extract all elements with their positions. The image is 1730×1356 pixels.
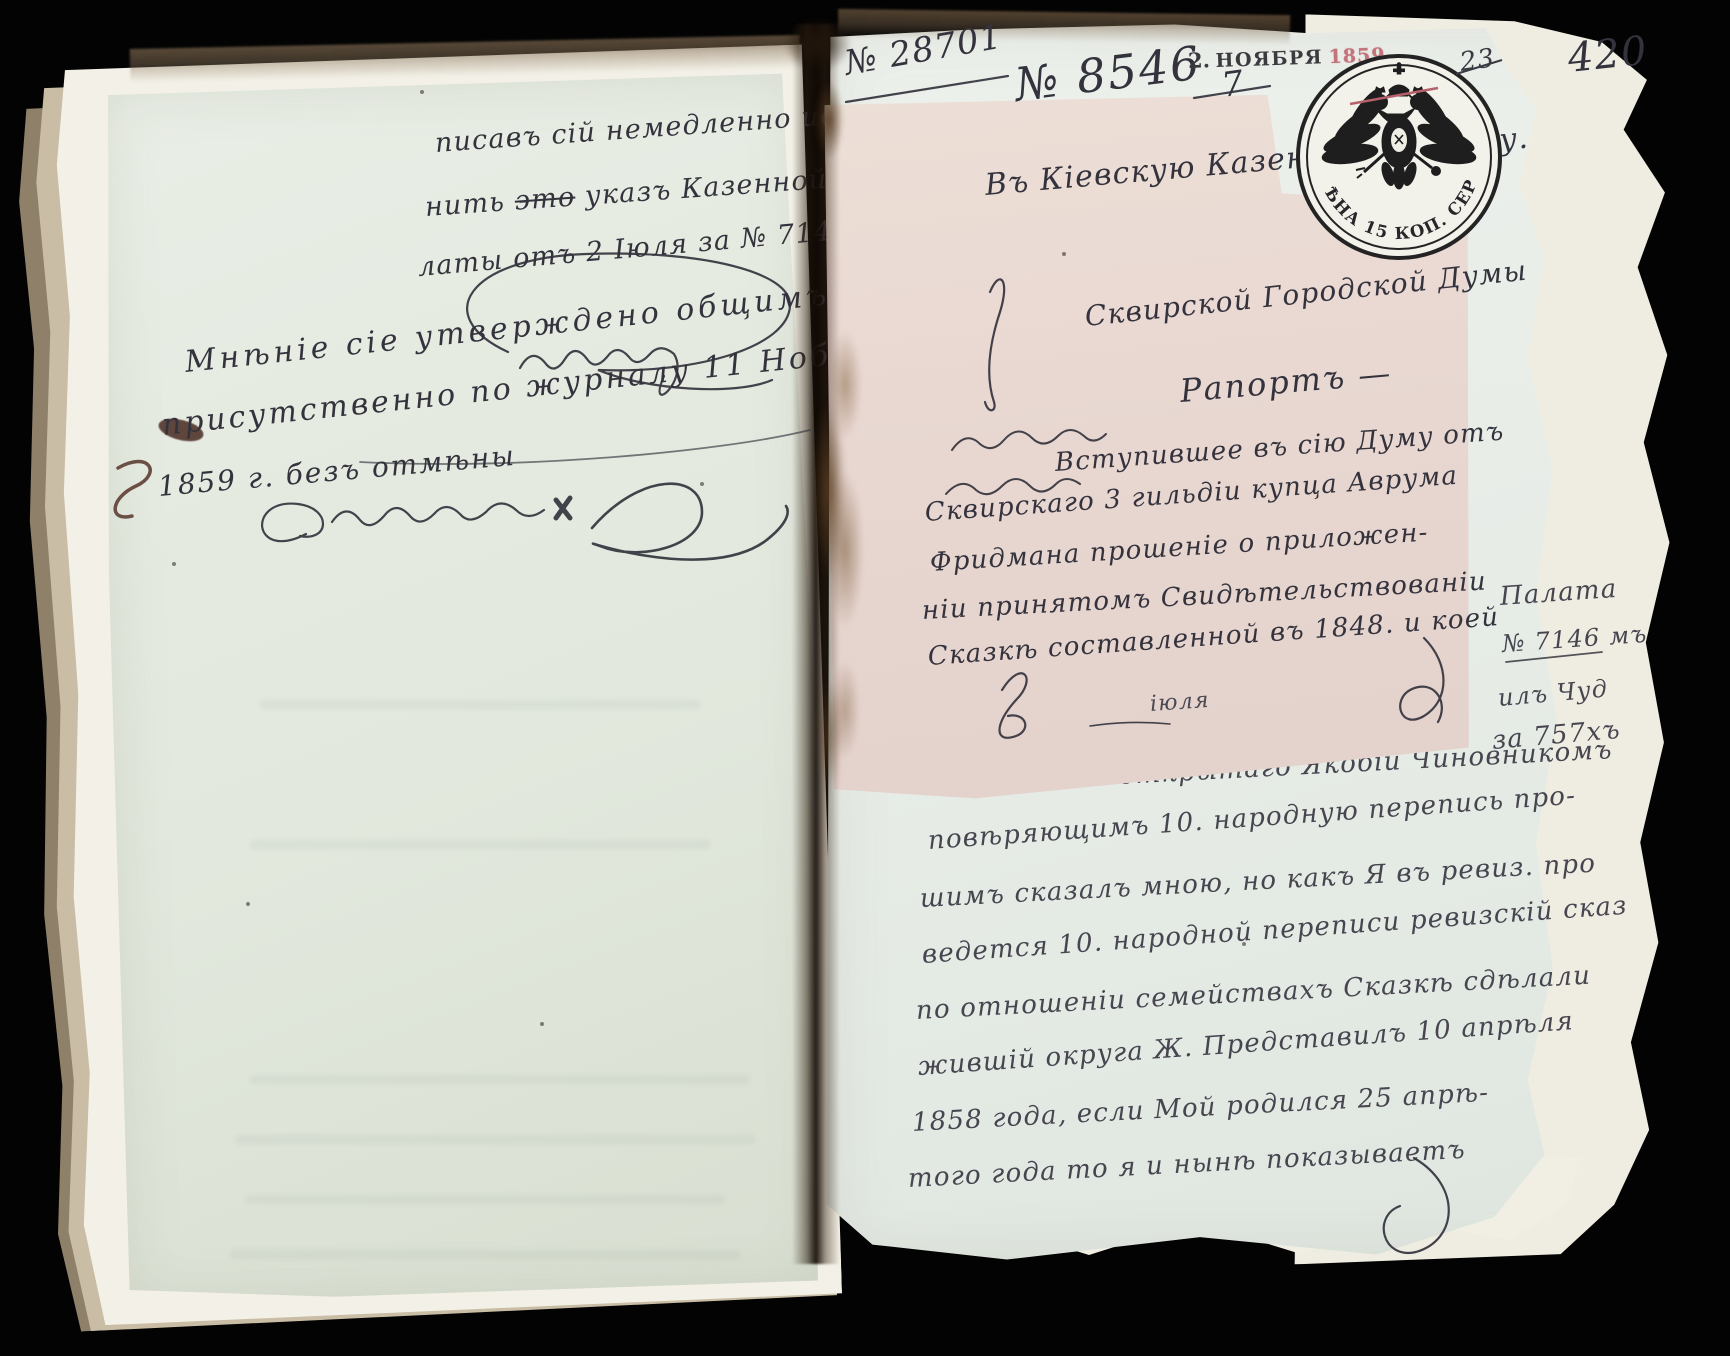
ink-show-through: [245, 1195, 725, 1204]
dust-speck: [246, 902, 250, 906]
dust-speck: [420, 90, 424, 94]
dust-speck: [700, 482, 704, 486]
ink-show-through: [250, 840, 710, 849]
date-stamp-day: 2.: [1188, 47, 1211, 73]
folio-number-right: 420: [1566, 28, 1650, 82]
ink-show-through: [250, 1075, 750, 1084]
ink-show-through: [260, 700, 700, 709]
handwritten-word: iюля: [1149, 688, 1210, 717]
archival-document-photo: писавъ сiй немедленно испол- нить это ук…: [0, 0, 1730, 1356]
price-stamp: ЦѢНА 15 КОП. СЕР.: [1292, 50, 1507, 265]
dust-speck: [1062, 252, 1066, 256]
handwritten-word: нить: [424, 186, 516, 223]
ink-show-through: [230, 1250, 740, 1259]
dust-speck: [540, 1022, 544, 1026]
dust-speck: [1242, 942, 1246, 946]
ink-show-through: [235, 1135, 755, 1144]
price-stamp-graphic: ЦѢНА 15 КОП. СЕР.: [1292, 50, 1507, 265]
dust-speck: [172, 562, 176, 566]
struck-word: это: [514, 182, 577, 217]
dust-speck: [1098, 646, 1102, 650]
